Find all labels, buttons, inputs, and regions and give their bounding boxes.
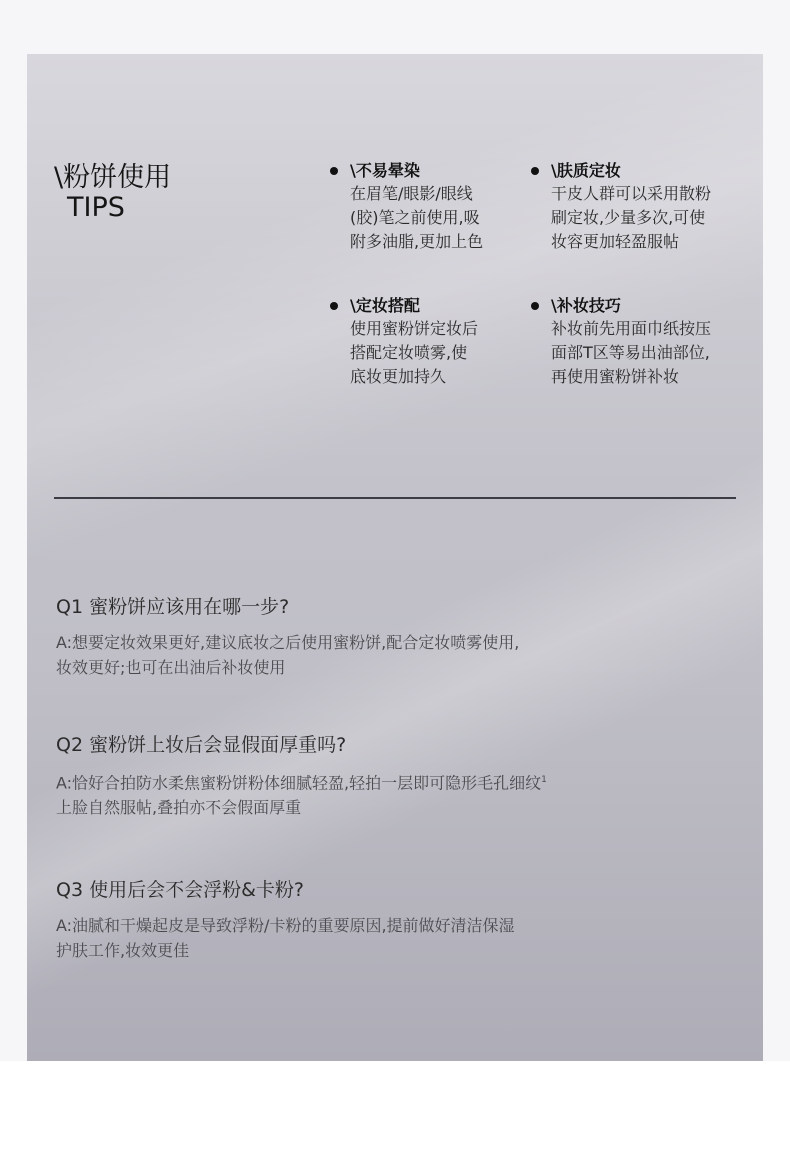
section-title: \粉饼使用 TIPS (54, 163, 171, 223)
tip-body: 干皮人群可以采用散粉 刷定妆,少量多次,可使 妆容更加轻盈服帖 (531, 182, 751, 254)
tip-touch-up: \补妆技巧 补妆前先用面巾纸按压 面部T区等易出油部位, 再使用蜜粉饼补妆 (531, 295, 751, 389)
faq-answer-line-1: A:恰好合拍防水柔焦蜜粉饼粉体细腻轻盈,轻拍一层即可隐形毛孔细纹 (56, 773, 541, 792)
tip-body: 补妆前先用面巾纸按压 面部T区等易出油部位, 再使用蜜粉饼补妆 (531, 317, 751, 389)
faq-question: Q1 蜜粉饼应该用在哪一步? (56, 594, 736, 620)
faq-answer-line-2: 上脸自然服帖,叠拍亦不会假面厚重 (56, 798, 301, 817)
faq-answer: A:恰好合拍防水柔焦蜜粉饼粉体细腻轻盈,轻拍一层即可隐形毛孔细纹1 上脸自然服帖… (56, 768, 736, 820)
title-line-2: TIPS (54, 193, 171, 223)
tip-body: 在眉笔/眼影/眼线 (胶)笔之前使用,吸 附多油脂,更加上色 (330, 182, 530, 254)
faq-item-3: Q3 使用后会不会浮粉&卡粉? A:油腻和干燥起皮是导致浮粉/卡粉的重要原因,提… (56, 877, 736, 963)
tip-title: \肤质定妆 (551, 160, 621, 182)
bullet-icon (531, 302, 539, 310)
faq-answer: A:想要定妆效果更好,建议底妆之后使用蜜粉饼,配合定妆喷雾使用, 妆效更好;也可… (56, 630, 736, 680)
tip-no-smudge: \不易晕染 在眉笔/眼影/眼线 (胶)笔之前使用,吸 附多油脂,更加上色 (330, 160, 530, 254)
tip-title: \补妆技巧 (551, 295, 621, 317)
tip-title: \不易晕染 (350, 160, 420, 182)
bullet-icon (330, 167, 338, 175)
faq-question: Q2 蜜粉饼上妆后会显假面厚重吗? (56, 732, 736, 758)
faq-answer: A:油腻和干燥起皮是导致浮粉/卡粉的重要原因,提前做好清洁保湿 护肤工作,妆效更… (56, 913, 736, 963)
bullet-icon (330, 302, 338, 310)
section-divider (54, 497, 736, 499)
faq-item-1: Q1 蜜粉饼应该用在哪一步? A:想要定妆效果更好,建议底妆之后使用蜜粉饼,配合… (56, 594, 736, 680)
faq-item-2: Q2 蜜粉饼上妆后会显假面厚重吗? A:恰好合拍防水柔焦蜜粉饼粉体细腻轻盈,轻拍… (56, 732, 736, 820)
tip-setting-combo: \定妆搭配 使用蜜粉饼定妆后 搭配定妆喷雾,使 底妆更加持久 (330, 295, 530, 389)
tip-skin-setting: \肤质定妆 干皮人群可以采用散粉 刷定妆,少量多次,可使 妆容更加轻盈服帖 (531, 160, 751, 254)
bottom-margin (0, 1061, 790, 1150)
tip-title: \定妆搭配 (350, 295, 420, 317)
tip-body: 使用蜜粉饼定妆后 搭配定妆喷雾,使 底妆更加持久 (330, 317, 530, 389)
faq-question: Q3 使用后会不会浮粉&卡粉? (56, 877, 736, 903)
title-line-1: \粉饼使用 (54, 162, 171, 193)
footnote-marker: 1 (541, 775, 547, 785)
bullet-icon (531, 167, 539, 175)
